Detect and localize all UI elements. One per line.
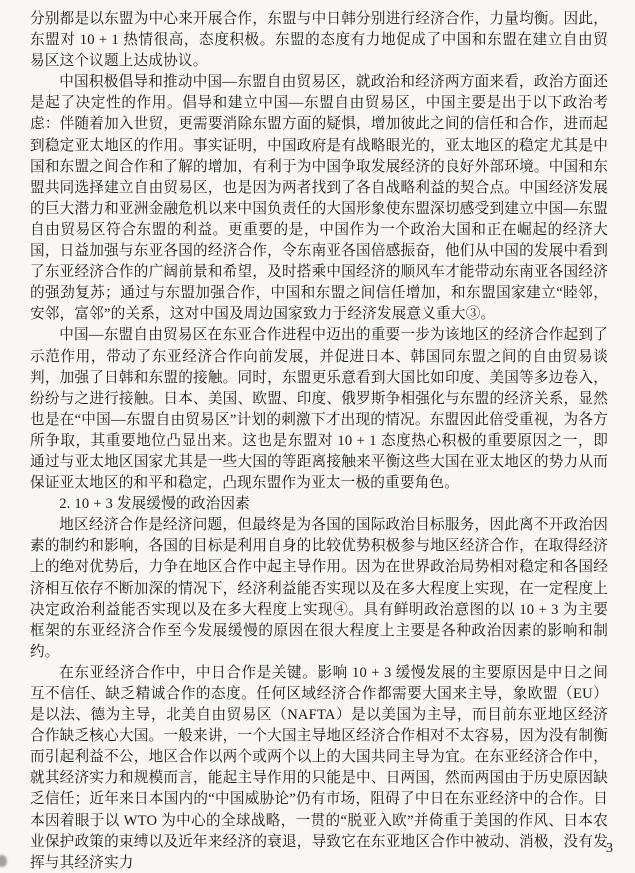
paragraph-continuation: 分别都是以东盟为中心来开展合作，东盟与中日韩分别进行经济合作，力量均衡。因此，东…: [30, 9, 608, 72]
paragraph: 中国—东盟自由贸易区在东亚合作进程中迈出的重要一步为该地区的经济合作起到了示范作…: [30, 325, 608, 494]
paragraph: 中国积极倡导和推动中国—东盟自由贸易区，就政治和经济两方面来看，政治方面还是起了…: [30, 72, 608, 325]
scan-artifact: [0, 855, 7, 867]
page-text-block: 分别都是以东盟为中心来开展合作，东盟与中日韩分别进行经济合作，力量均衡。因此，东…: [30, 9, 608, 873]
paragraph: 在东亚经济合作中，中日合作是关键。影响 10 + 3 缓慢发展的主要原因是中日之…: [30, 663, 608, 873]
document-page: 分别都是以东盟为中心来开展合作，东盟与中日韩分别进行经济合作，力量均衡。因此，东…: [0, 0, 635, 873]
paragraph: 地区经济合作是经济问题，但最终是为各国的国际政治目标服务，因此离不开政治因素的制…: [30, 515, 608, 663]
section-heading: 2. 10 + 3 发展缓慢的政治因素: [30, 494, 608, 515]
page-number: 3: [606, 841, 613, 857]
